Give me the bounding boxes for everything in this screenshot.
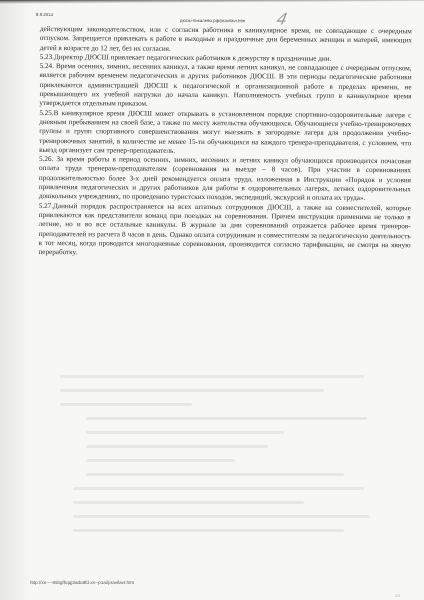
paragraph-5-24: 5.24. Время осенних, зимних, весенних ка…: [39, 62, 411, 111]
paragraph-5-25: 5.25.В каникулярное время ДЮСШ может отк…: [39, 109, 411, 158]
print-date: 8.9.2014: [36, 12, 53, 17]
print-header: 8.9.2014 дюсш-пикалево.рф/pravilavr.htm …: [40, 5, 412, 19]
document-page: 8.9.2014 дюсш-пикалево.рф/pravilavr.htm …: [38, 5, 412, 260]
document-body: действующим законодательством, или с сог…: [38, 25, 411, 260]
paragraph-5-27: 5.27.Данный порядок распространяется на …: [38, 202, 410, 260]
reverse-side-show-through: [60, 375, 390, 535]
paragraph-continuation: действующим законодательством, или с сог…: [40, 25, 412, 55]
scan-shadow: [0, 0, 30, 600]
scan-top-edge: [0, 0, 424, 4]
print-page-number: 2/3: [395, 594, 400, 598]
print-url: дюсш-пикалево.рф/pravilavr.htm: [180, 18, 245, 23]
paragraph-5-26: 5.26. За время работы в период осенних, …: [39, 155, 411, 204]
print-footer-url: http://xn----8sbgfhqqj3adu8fd.xn--p1ai/p…: [30, 580, 134, 585]
